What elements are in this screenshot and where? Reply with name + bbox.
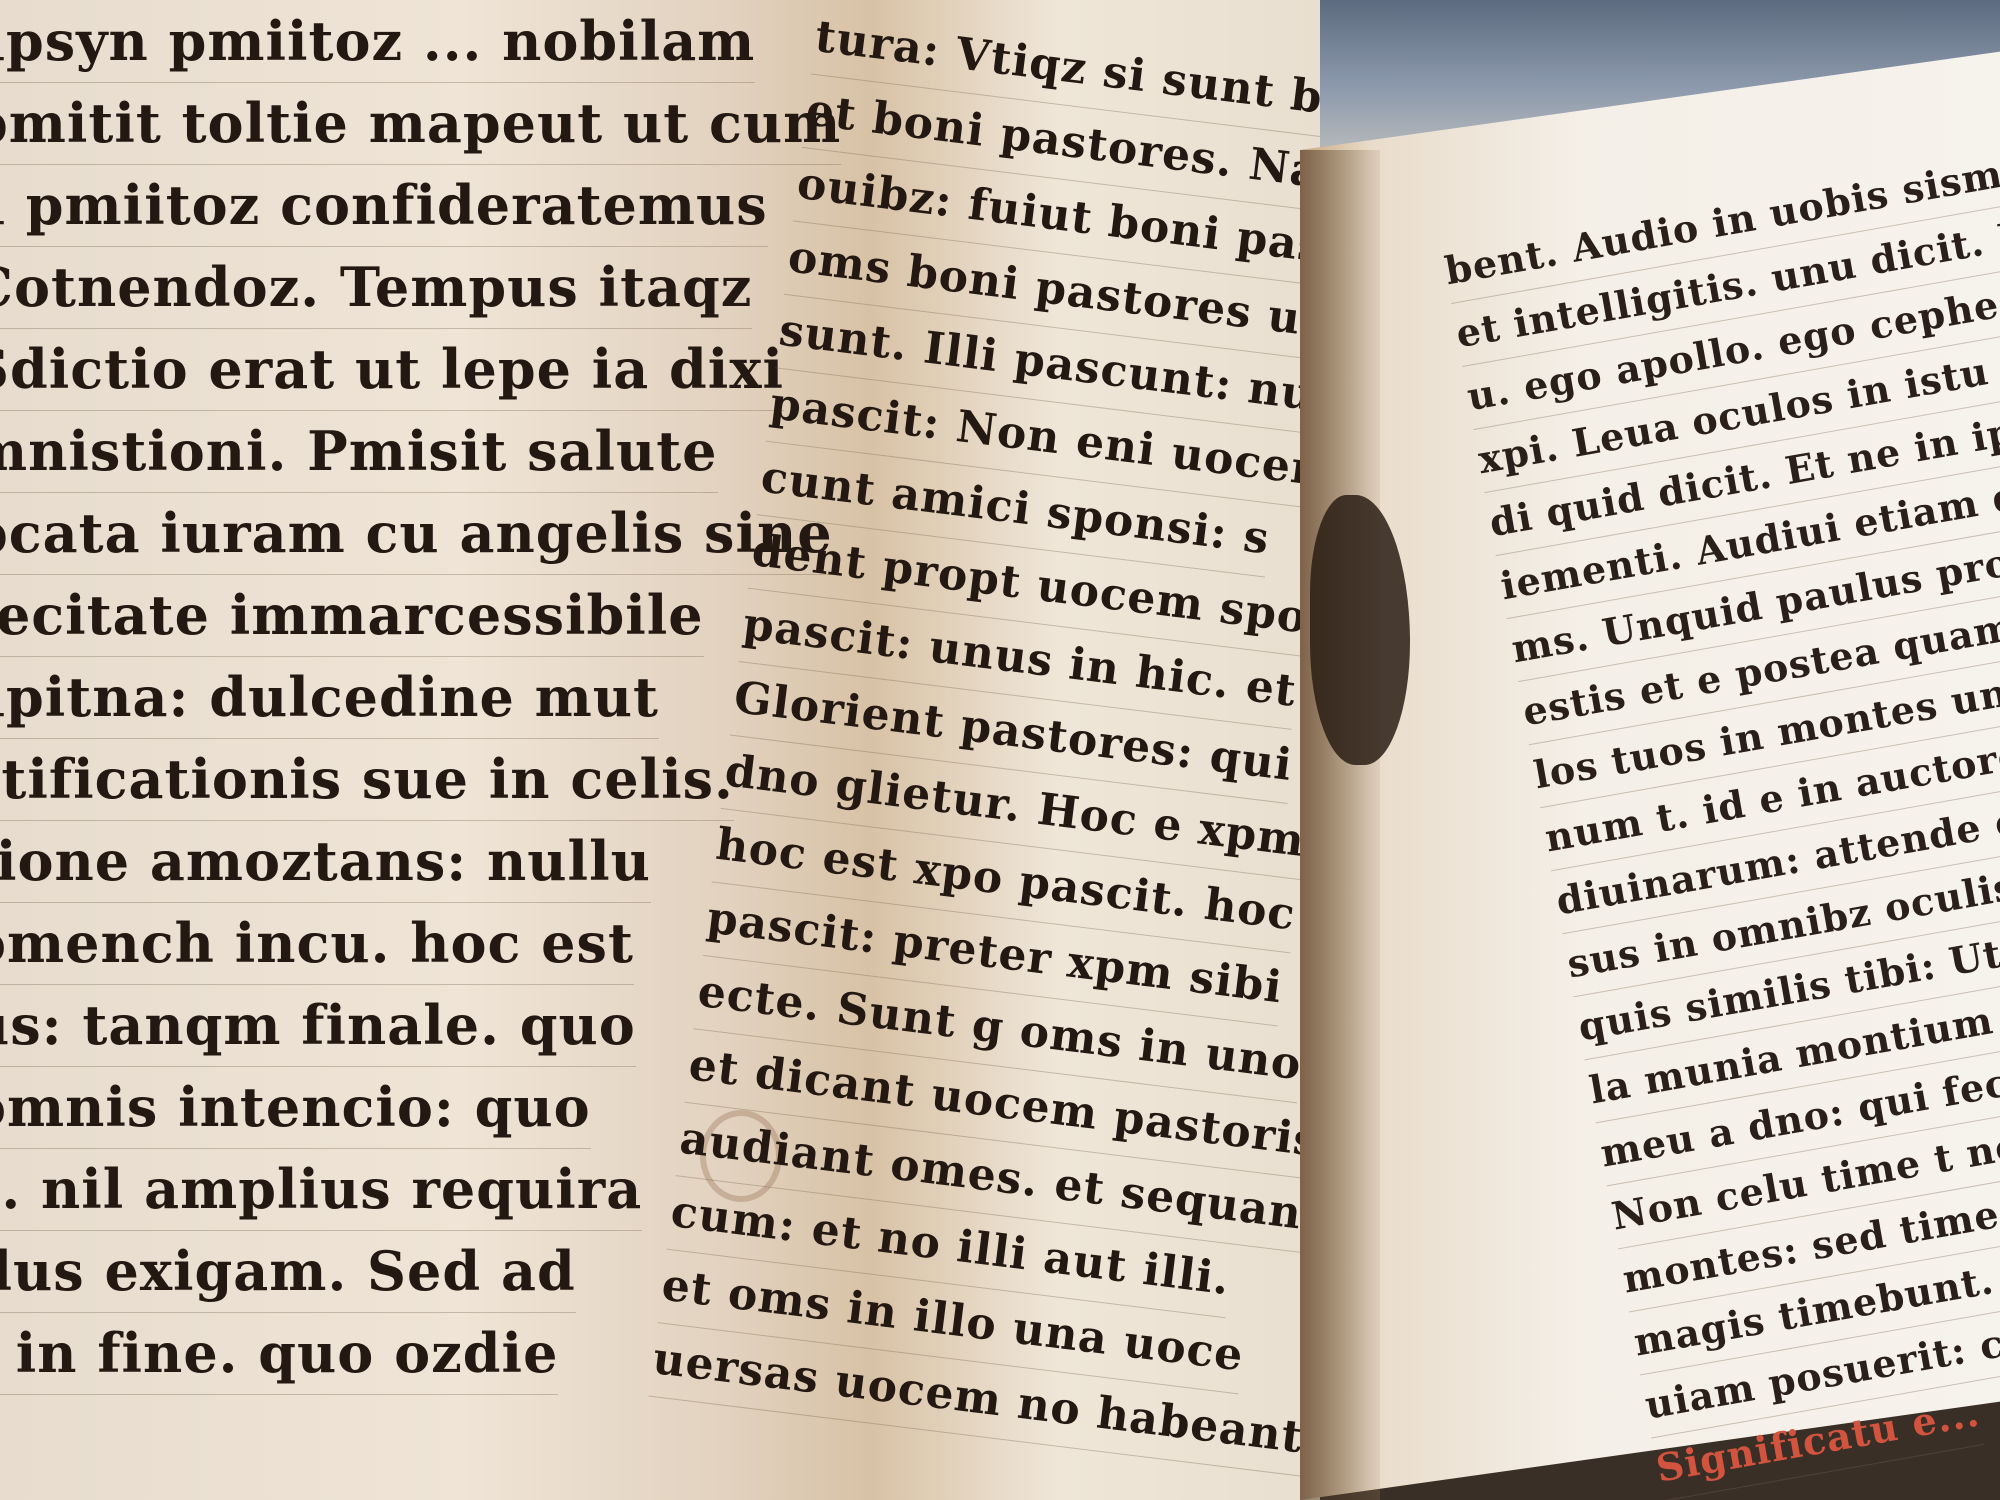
text-line: omnis intencio: quo [0, 1066, 591, 1149]
text-line: a pmiitoz confideratemus [0, 164, 768, 247]
text-line: pmitit toltie mapeut ut cum [0, 82, 841, 165]
text-line: apsyn pmiitoz ... nobilam [0, 0, 755, 83]
book-gutter-shadow [1300, 150, 1380, 1500]
text-line: pcata iuram cu angelis sine [0, 492, 833, 575]
text-line: us: tanqm finale. quo [0, 984, 636, 1067]
text-line: mnistioni. Pmisit salute [0, 410, 718, 493]
text-line: t in fine. quo ozdie [0, 1312, 558, 1395]
left-page-spread: apsyn pmiitoz ... nobilam pmitit toltie … [0, 0, 1320, 1500]
text-line: stificationis sue in celis. [0, 738, 734, 821]
text-line: Sdictio erat ut lepe ia dixi [0, 328, 784, 411]
text-line: Cotnendoz. Tempus itaqz [0, 246, 752, 329]
middle-text-column: tura: Vtiqz si sunt bone et boni pastore… [820, 0, 1316, 61]
text-line: s. nil amplius requira [0, 1148, 642, 1231]
manuscript-photo: apsyn pmiitoz ... nobilam pmitit toltie … [0, 0, 2000, 1500]
text-line: ilus exigam. Sed ad [0, 1230, 576, 1313]
text-line: apitna: dulcedine mut [0, 656, 659, 739]
text-line: tecitate immarcessibile [0, 574, 704, 657]
text-line: omench incu. hoc est [0, 902, 634, 985]
text-line: tione amoztans: nullu [0, 820, 651, 903]
